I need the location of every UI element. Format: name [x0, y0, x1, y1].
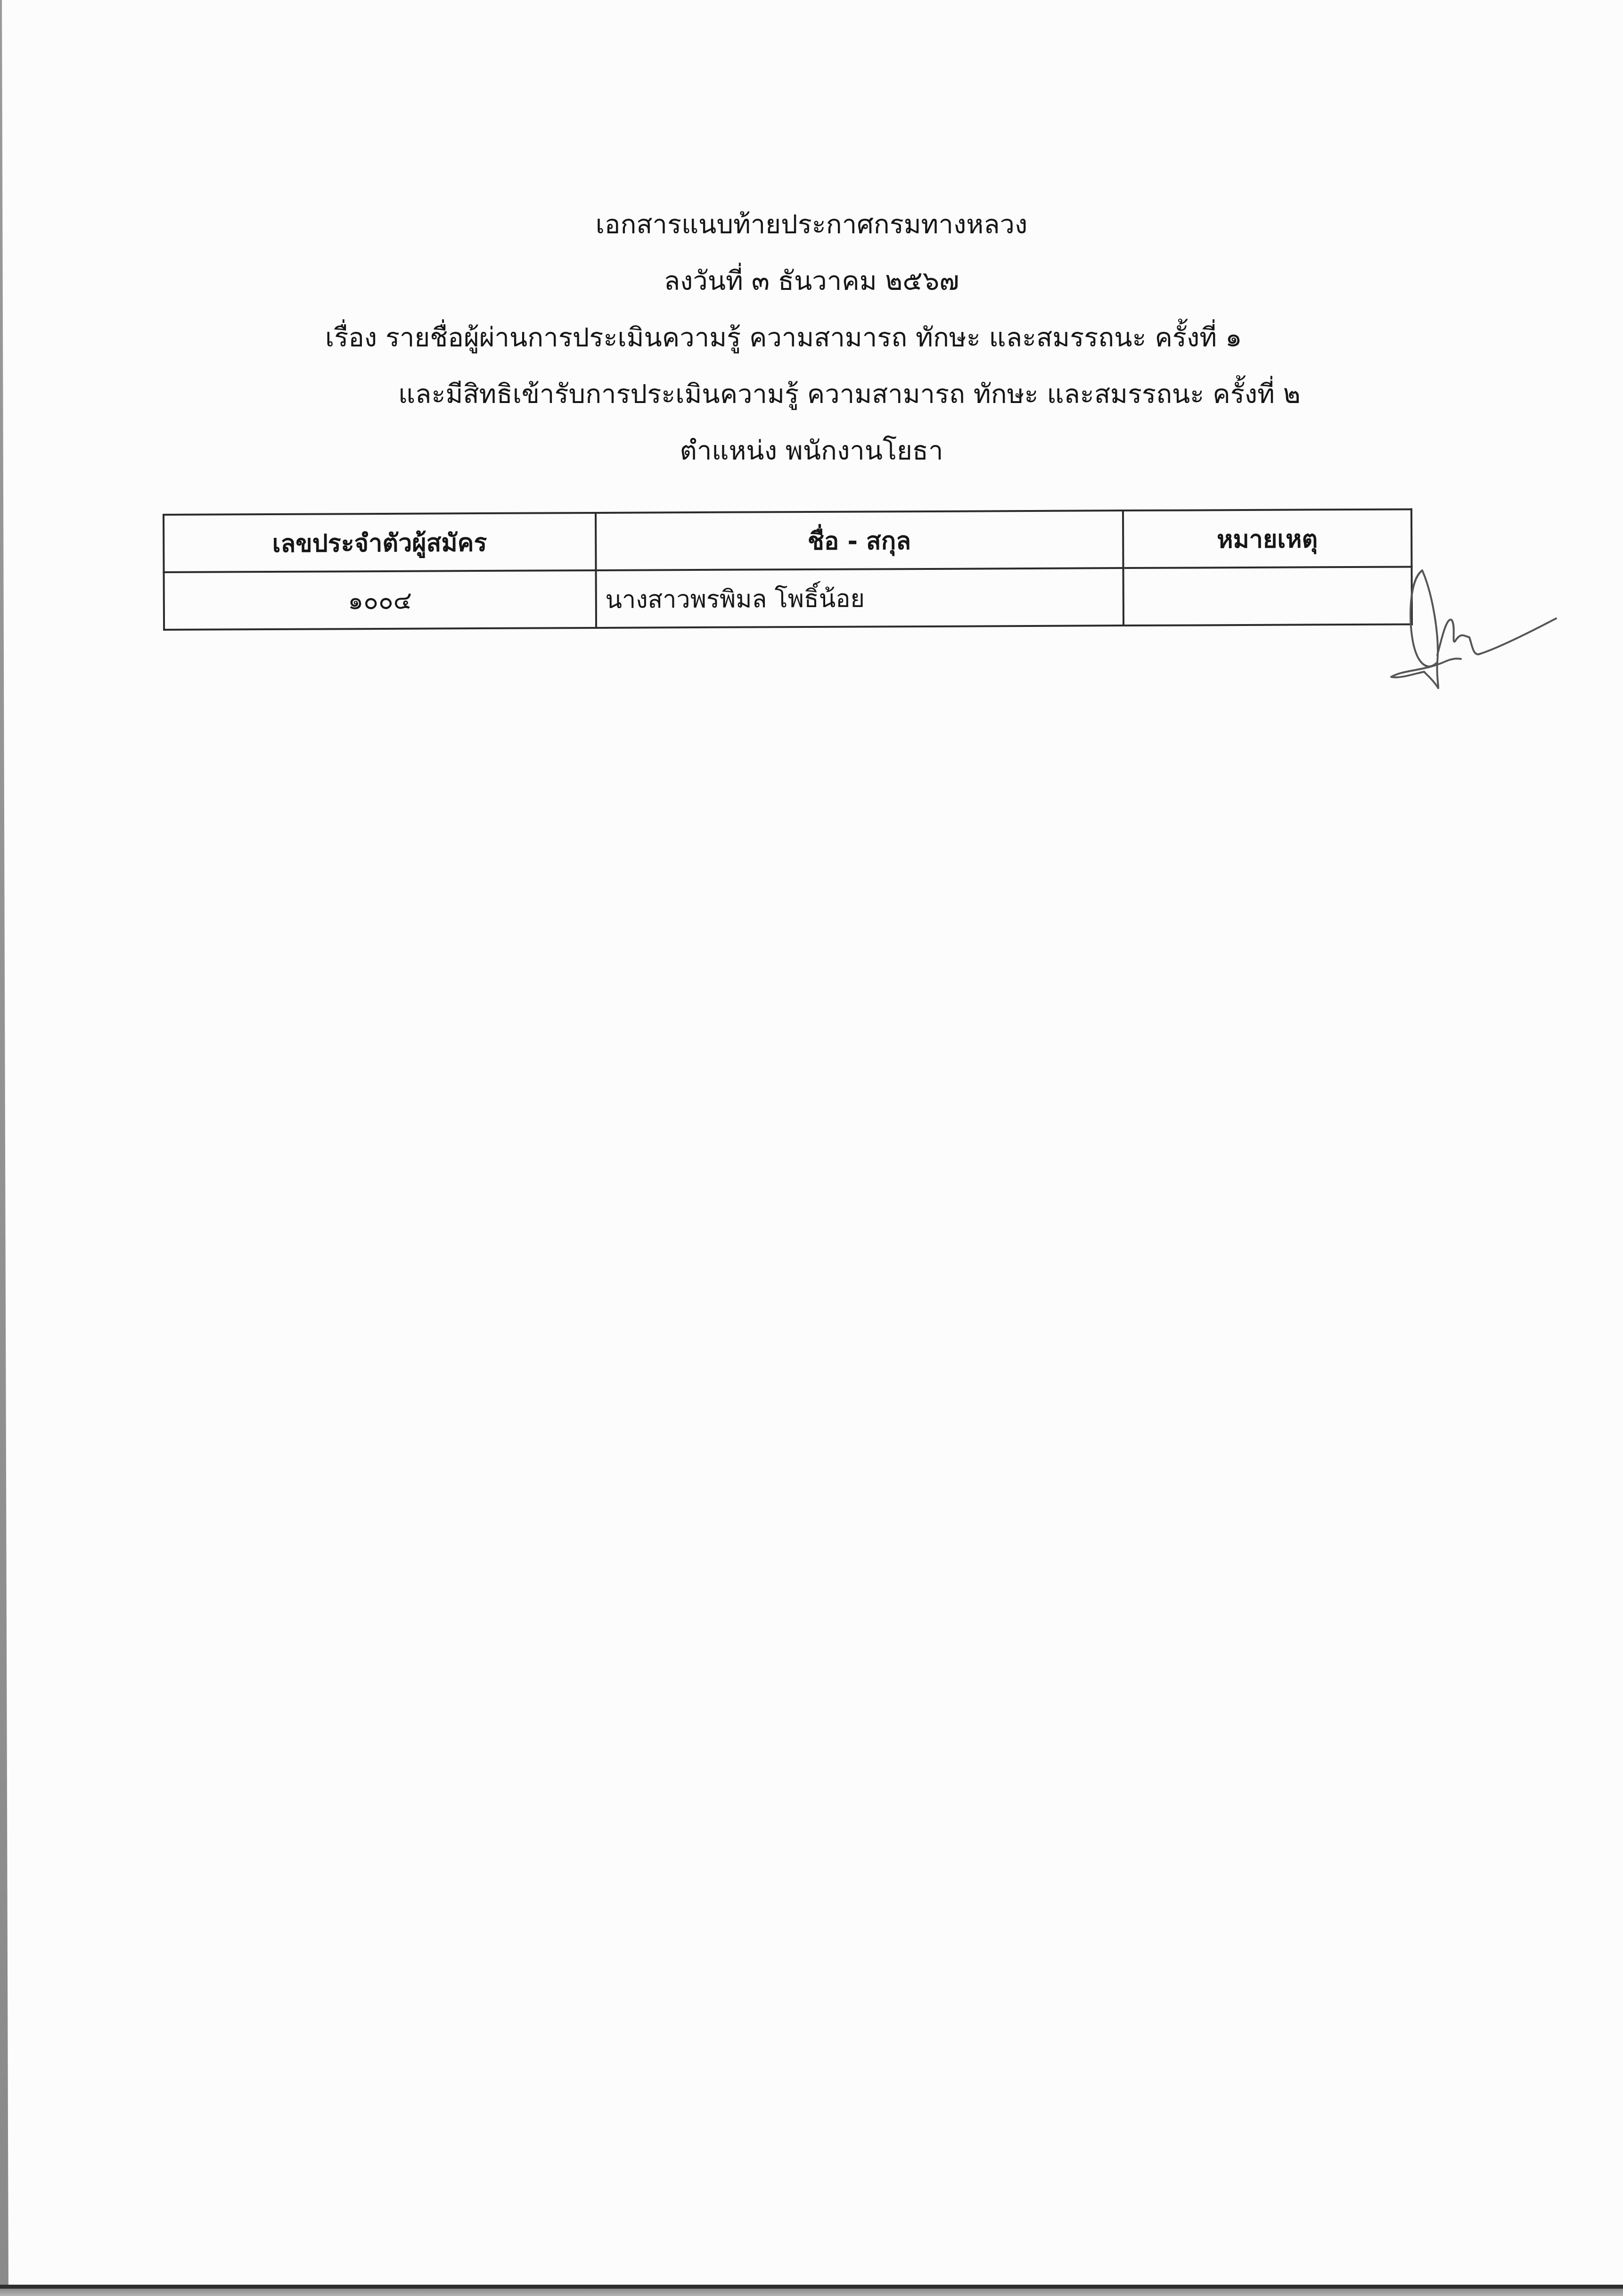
full-name-cell: นางสาวพรพิมล โพธิ์น้อย	[596, 568, 1123, 628]
document-date: ลงวันที่ ๓ ธันวาคม ๒๕๖๗	[0, 265, 1623, 298]
column-header-remark: หมายเหตุ	[1123, 509, 1412, 568]
document-page: เอกสารแนบท้ายประกาศกรมทางหลวง ลงวันที่ ๓…	[0, 0, 1623, 2285]
document-title: เอกสารแนบท้ายประกาศกรมทางหลวง	[0, 208, 1623, 241]
column-header-applicant-id: เลขประจำตัวผู้สมัคร	[164, 513, 596, 572]
document-subject: เรื่อง รายชื่อผู้ผ่านการประเมินความรู้ ค…	[325, 321, 1242, 354]
table-row: ๑๐๐๔ นางสาวพรพิมล โพธิ์น้อย	[164, 567, 1412, 630]
table-header-row: เลขประจำตัวผู้สมัคร ชื่อ - สกุล หมายเหตุ	[164, 509, 1412, 572]
scan-edge-bottom	[0, 2285, 1623, 2296]
results-table: เลขประจำตัวผู้สมัคร ชื่อ - สกุล หมายเหตุ…	[163, 508, 1413, 631]
document-position: ตำแหน่ง พนักงานโยธา	[0, 435, 1623, 468]
document-subject-continued: และมีสิทธิเข้ารับการประเมินความรู้ ความส…	[398, 378, 1301, 411]
applicant-id-cell: ๑๐๐๔	[164, 570, 596, 630]
handwritten-signature-icon	[1381, 537, 1560, 693]
remark-cell	[1123, 567, 1412, 625]
column-header-full-name: ชื่อ - สกุล	[596, 510, 1123, 570]
